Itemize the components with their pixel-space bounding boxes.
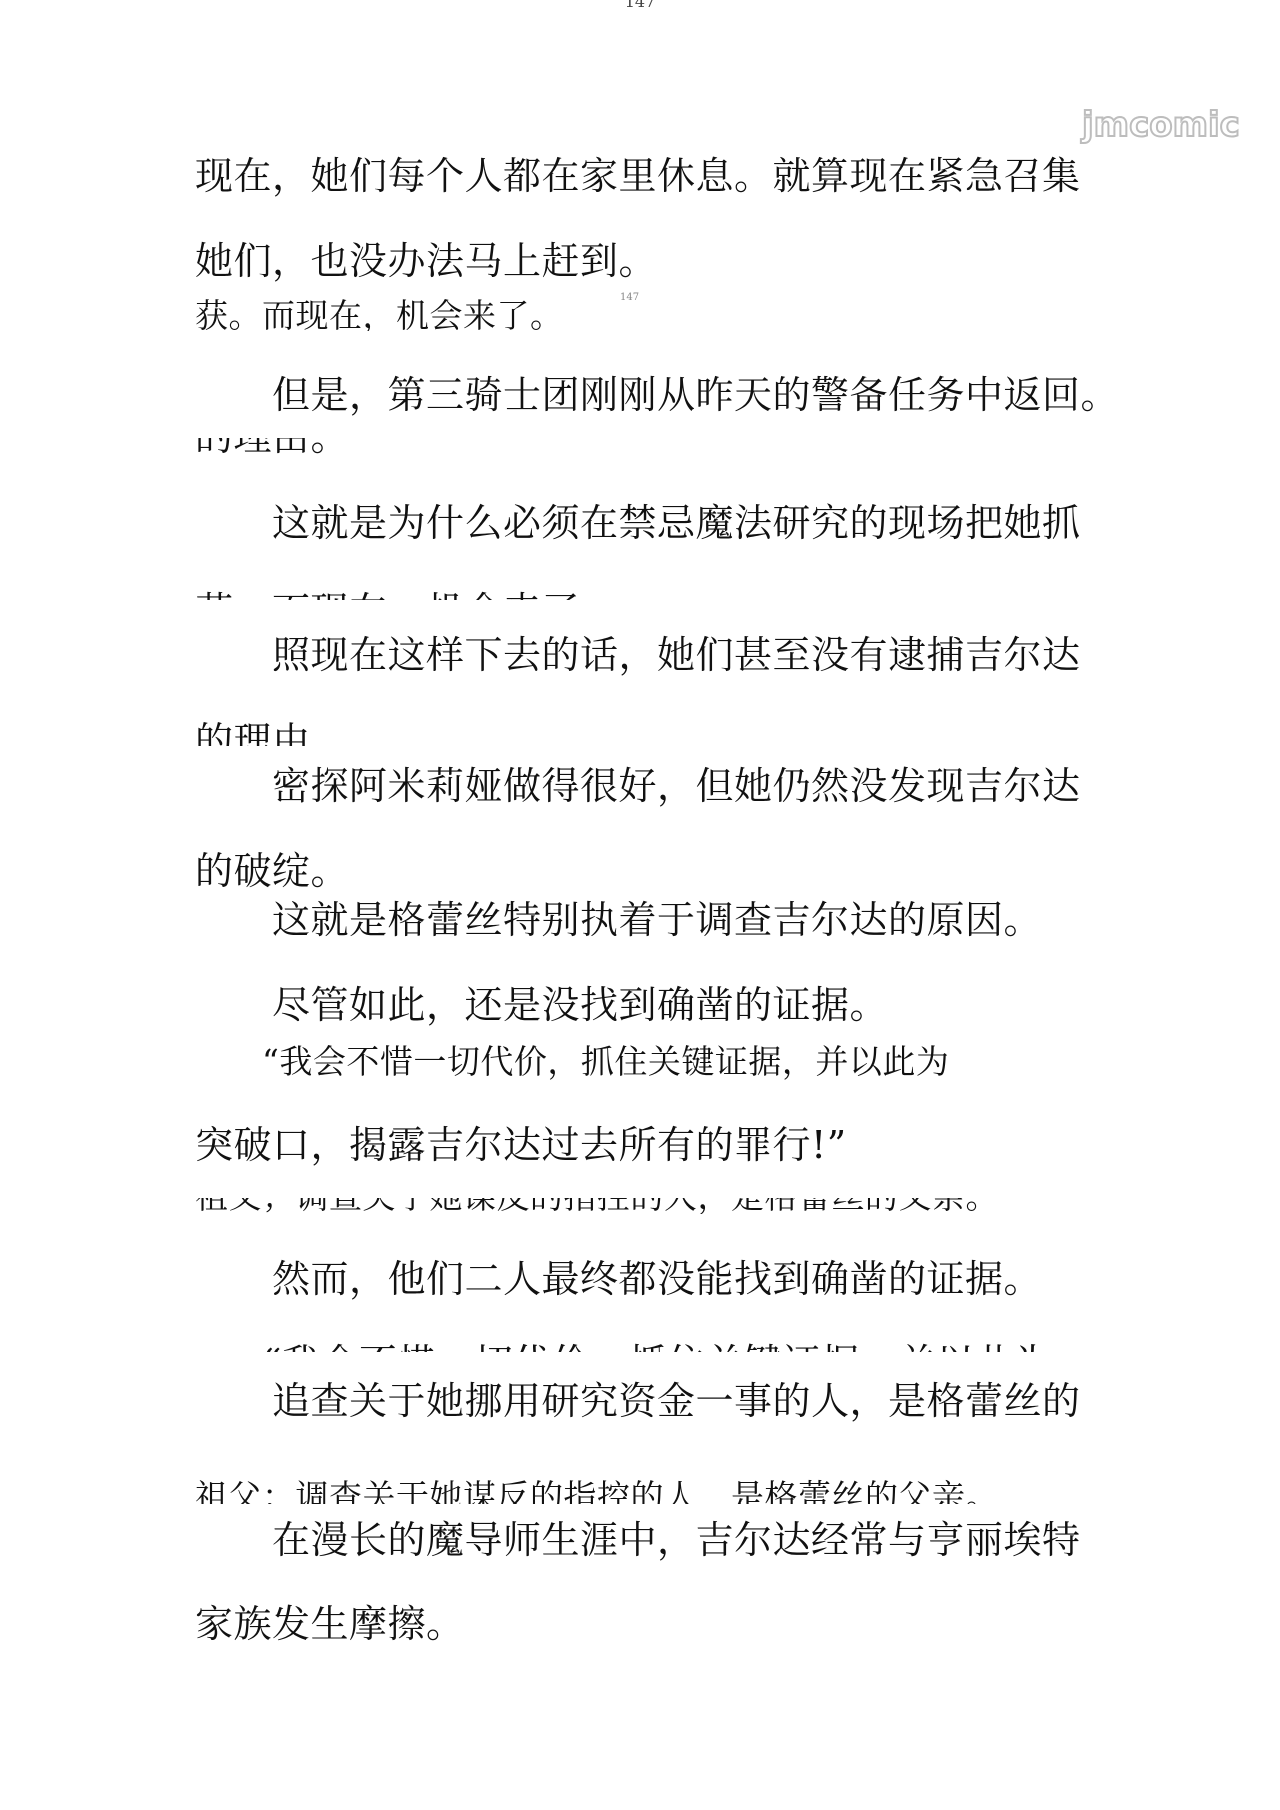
text-line-partial: 获。而现在，机会来了。: [195, 588, 619, 600]
line-text: 然而，他们二人最终都没能找到确凿的证据。: [272, 1257, 1042, 1301]
line-text: 这就是格蕾丝特别执着于调查吉尔达的原因。: [272, 898, 1042, 942]
text-line: 密探阿米莉娅做得很好，但她仍然没发现吉尔达: [272, 763, 1081, 809]
line-text: 她们，也没办法马上赶到。: [195, 239, 657, 283]
line-text: 现在，她们每个人都在家里休息。就算现在紧急召集: [195, 154, 1081, 198]
watermark-icon: jmcomic: [1078, 100, 1278, 150]
line-text: 这就是为什么必须在禁忌魔法研究的现场把她抓: [272, 501, 1081, 545]
text-line: 追查关于她挪用研究资金一事的人，是格蕾丝的: [272, 1378, 1081, 1424]
text-line: 突破口，揭露吉尔达过去所有的罪行!”: [195, 1122, 847, 1168]
line-text: 获。而现在，机会来了。: [195, 589, 619, 600]
line-text: 的理由。: [195, 719, 349, 746]
text-line-partial: 祖父；调查关于她谋反的指控的人，是格蕾丝的父亲。: [195, 1198, 999, 1214]
line-text: 密探阿米莉娅做得很好，但她仍然没发现吉尔达: [272, 764, 1081, 808]
text-line-partial: 的理由。: [195, 718, 349, 746]
text-line: 她们，也没办法马上赶到。: [195, 238, 657, 284]
text-line: 这就是格蕾丝特别执着于调查吉尔达的原因。: [272, 897, 1042, 943]
page-number-inline: 147: [620, 292, 639, 303]
text-line: 现在，她们每个人都在家里休息。就算现在紧急召集: [195, 153, 1081, 199]
line-text: 的理由。: [195, 438, 349, 456]
line-text: 突破口，揭露吉尔达过去所有的罪行!”: [195, 1123, 847, 1167]
text-line-partial: 祖父；调查关于她谋反的指控的人，是格蕾丝的父亲。: [195, 1474, 999, 1504]
text-line-partial: “我会不惜一切代价，抓住关键证据，并以此为: [262, 1045, 949, 1081]
line-text: 但是，第三骑士团刚刚从昨天的警备任务中返回。: [272, 373, 1119, 417]
line-text: 照现在这样下去的话，她们甚至没有逮捕吉尔达: [272, 633, 1081, 677]
text-line: 家族发生摩擦。: [195, 1601, 465, 1647]
svg-text:jmcomic: jmcomic: [1080, 105, 1240, 145]
text-line: 照现在这样下去的话，她们甚至没有逮捕吉尔达: [272, 632, 1081, 678]
text-line-partial: 的理由。: [195, 438, 349, 456]
line-text: 尽管如此，还是没找到确凿的证据。: [272, 983, 888, 1027]
text-line-partial: 获。而现在，机会来了。: [195, 297, 564, 331]
text-line-partial: “我会不惜一切代价，抓住关键证据，并以此为: [262, 1340, 1052, 1352]
jmcomic-watermark-logo: jmcomic: [1078, 100, 1278, 150]
line-text: 家族发生摩擦。: [195, 1602, 465, 1646]
page-number-top: 147: [0, 0, 1280, 12]
text-line: 在漫长的魔导师生涯中，吉尔达经常与亨丽埃特: [272, 1517, 1081, 1563]
line-text: 在漫长的魔导师生涯中，吉尔达经常与亨丽埃特: [272, 1518, 1081, 1562]
line-text: “我会不惜一切代价，抓住关键证据，并以此为: [262, 1045, 949, 1081]
line-text: 追查关于她挪用研究资金一事的人，是格蕾丝的: [272, 1379, 1081, 1423]
text-line: 然而，他们二人最终都没能找到确凿的证据。: [272, 1256, 1042, 1302]
text-line: 但是，第三骑士团刚刚从昨天的警备任务中返回。: [272, 372, 1119, 418]
line-text: “我会不惜一切代价，抓住关键证据，并以此为: [262, 1341, 1052, 1352]
line-text: 祖父；调查关于她谋反的指控的人，是格蕾丝的父亲。: [195, 1477, 999, 1504]
line-text: 祖父；调查关于她谋反的指控的人，是格蕾丝的父亲。: [195, 1198, 999, 1214]
text-line: 尽管如此，还是没找到确凿的证据。: [272, 982, 888, 1028]
text-line: 这就是为什么必须在禁忌魔法研究的现场把她抓: [272, 500, 1081, 546]
line-text: 的破绽。: [195, 849, 349, 893]
line-text: 获。而现在，机会来了。: [195, 297, 564, 331]
text-line: 的破绽。: [195, 848, 349, 894]
